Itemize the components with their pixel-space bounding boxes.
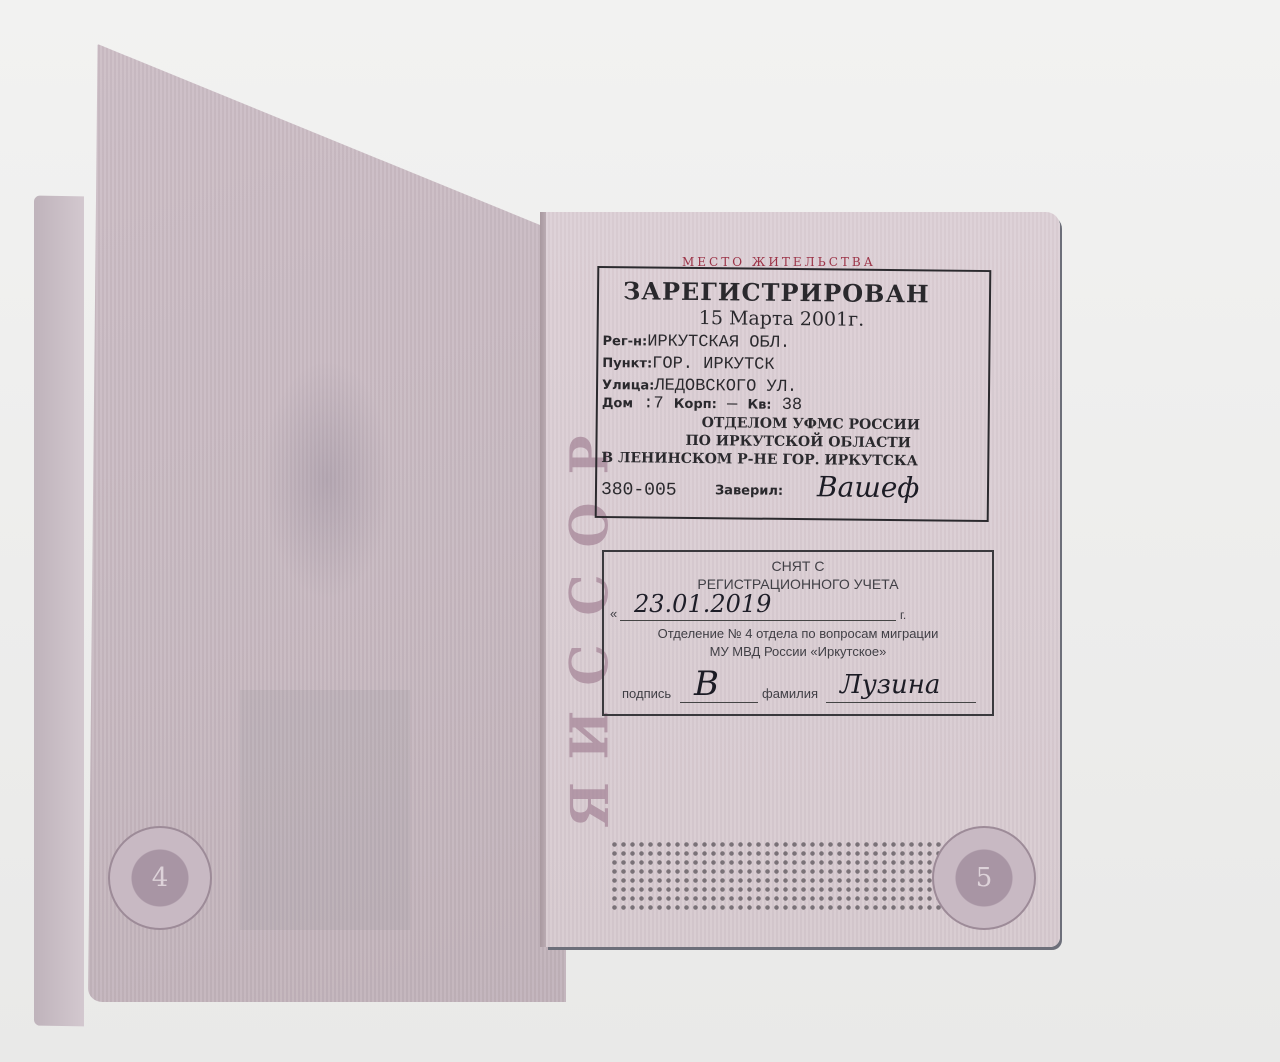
surname-label: фамилия (762, 686, 818, 701)
locality-label: Пункт: (602, 356, 652, 372)
apartment-label: Кв: (747, 398, 771, 413)
show-through-square (240, 690, 410, 930)
locality-value: ГОР. ИРКУТСК (652, 355, 775, 375)
office-line1: Отделение № 4 отдела по вопросам миграци… (604, 626, 992, 641)
watermark-letter: И (565, 710, 617, 759)
page-number-emblem-left: 4 (108, 826, 212, 930)
page-number-right: 5 (976, 863, 993, 893)
watermark-letter: Я (565, 782, 617, 828)
registration-stamp: ЗАРЕГИСТРИРОВАН 15 Марта 2001г. Рег-н:ИР… (595, 266, 992, 522)
page-number-left: 4 (152, 863, 169, 893)
date-quote: « (610, 606, 617, 621)
department-code: 380-005 (601, 480, 677, 501)
deregistration-stamp: СНЯТ С РЕГИСТРАЦИОННОГО УЧЕТА « 23.01.20… (602, 550, 994, 716)
stamp-title-line1: СНЯТ С (604, 558, 992, 574)
surname-underline (826, 702, 976, 703)
department-line: В ЛЕНИНСКОМ Р-НЕ ГОР. ИРКУТСКА (601, 450, 918, 469)
signature-label: подпись (622, 686, 671, 701)
page-number-emblem-right: 5 (932, 826, 1036, 930)
stamp-title: ЗАРЕГИСТРИРОВАН (623, 276, 930, 308)
year-suffix: г. (900, 608, 906, 622)
building-label: Корп: (674, 397, 717, 412)
region-label: Рег-н: (602, 334, 647, 349)
official-surname: Лузина (840, 670, 940, 700)
region-value: ИРКУТСКАЯ ОБЛ. (647, 332, 790, 352)
department-line: ОТДЕЛОМ УФМС РОССИИ (702, 415, 920, 433)
show-through-photo (262, 360, 392, 600)
certified-label: Заверил: (715, 483, 783, 499)
building-value: — (727, 395, 737, 414)
official-signature: В (694, 664, 719, 704)
deregistration-date: 23.01.2019 (634, 590, 771, 618)
address-line: Дом :7 Корп: — Кв: 38 (602, 394, 802, 415)
signature-underline (680, 702, 758, 703)
department-line: ПО ИРКУТСКОЙ ОБЛАСТИ (685, 433, 911, 451)
certifier-signature: Вашеф (817, 470, 920, 504)
registration-date: 15 Марта 2001г. (699, 307, 865, 331)
passport-cover-edge (34, 196, 84, 1027)
house-value: :7 (643, 394, 664, 413)
region-line: Рег-н:ИРКУТСКАЯ ОБЛ. (602, 332, 790, 353)
office-line2: МУ МВД России «Иркутское» (604, 644, 992, 659)
house-label: Дом (602, 396, 633, 411)
apartment-value: 38 (782, 396, 803, 415)
date-underline (620, 620, 896, 621)
locality-line: Пункт:ГОР. ИРКУТСК (602, 354, 775, 375)
street-label: Улица: (602, 378, 654, 394)
